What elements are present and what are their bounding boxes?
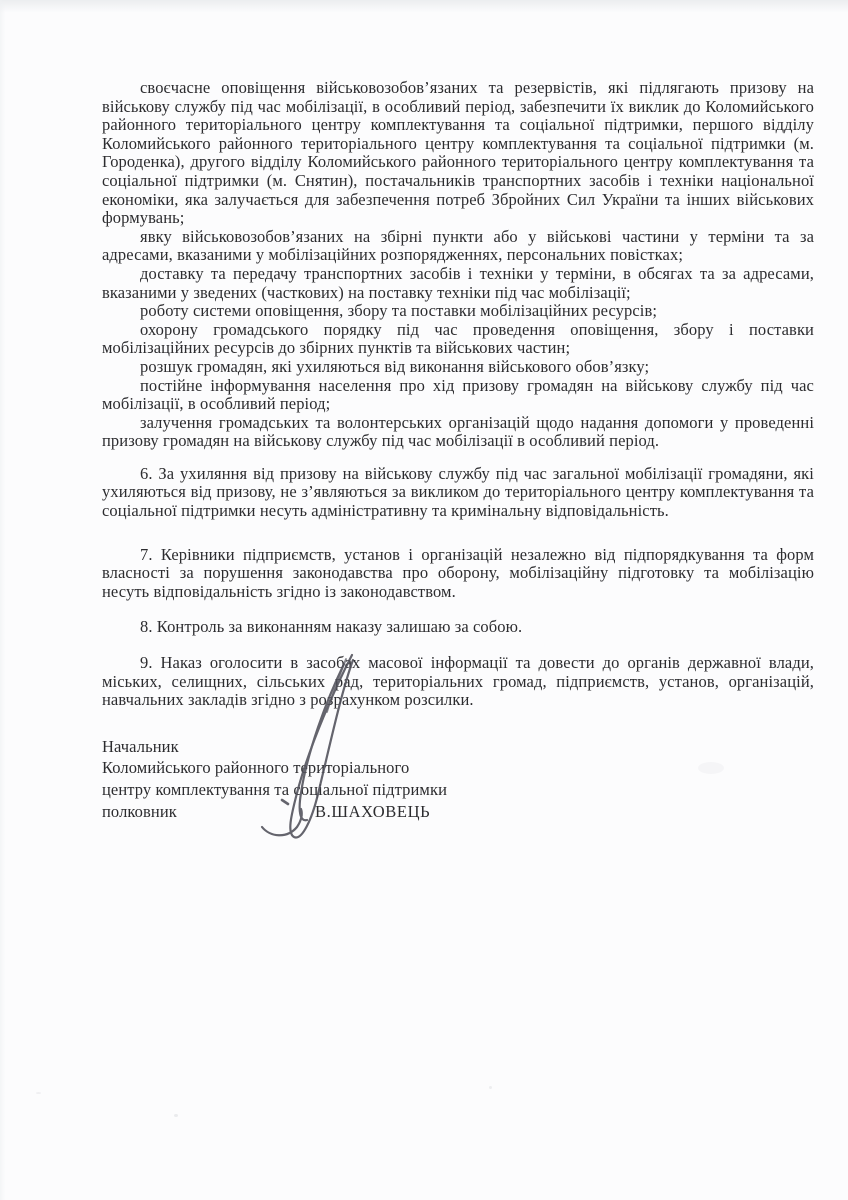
paragraph-7-employers-liability: 7. Керівники підприємств, установ і орга… [102, 546, 814, 602]
paragraph-8-control: 8. Контроль за виконанням наказу залишаю… [102, 618, 814, 637]
scan-artifact-left-edge [0, 0, 6, 1200]
duty-item-search-evaders: розшук громадян, які ухиляються від вико… [102, 358, 814, 377]
duty-item-vehicle-delivery: доставку та передачу транспортних засобі… [102, 265, 814, 302]
duty-item-public-information: постійне інформування населення про хід … [102, 377, 814, 414]
signer-position-line-2: Коломийського районного територіального [102, 757, 572, 779]
signer-name: В.ШАХОВЕЦЬ [315, 801, 430, 823]
scan-smudge [698, 762, 724, 774]
signature-block: Начальник Коломийського районного терито… [102, 736, 572, 822]
signer-rank-row: полковник В.ШАХОВЕЦЬ [102, 801, 572, 823]
duty-item-public-order: охорону громадського порядку під час про… [102, 321, 814, 358]
scanned-document-page: своєчасне оповіщення військовозобов’язан… [0, 0, 848, 1200]
scan-artifact-top-edge [0, 0, 848, 16]
paragraph-9-publication: 9. Наказ оголосити в засобах масової інф… [102, 654, 814, 710]
signer-rank: полковник [102, 801, 315, 823]
scan-speck [489, 1086, 492, 1089]
duty-item-notification: своєчасне оповіщення військовозобов’язан… [102, 79, 814, 228]
scan-speck [174, 1114, 178, 1117]
duty-item-alert-system: роботу системи оповіщення, збору та пост… [102, 302, 814, 321]
duty-item-volunteer-orgs: залучення громадських та волонтерських о… [102, 414, 814, 451]
paragraph-6-liability: 6. За ухиляння від призову на військову … [102, 465, 814, 521]
signer-position-line-3: центру комплектування та соціальної підт… [102, 779, 572, 801]
signer-position-line-1: Начальник [102, 736, 572, 758]
document-text-block: своєчасне оповіщення військовозобов’язан… [102, 79, 814, 822]
scan-speck [36, 1092, 41, 1094]
duty-item-attendance: явку військовозобов’язаних на збірні пун… [102, 228, 814, 265]
